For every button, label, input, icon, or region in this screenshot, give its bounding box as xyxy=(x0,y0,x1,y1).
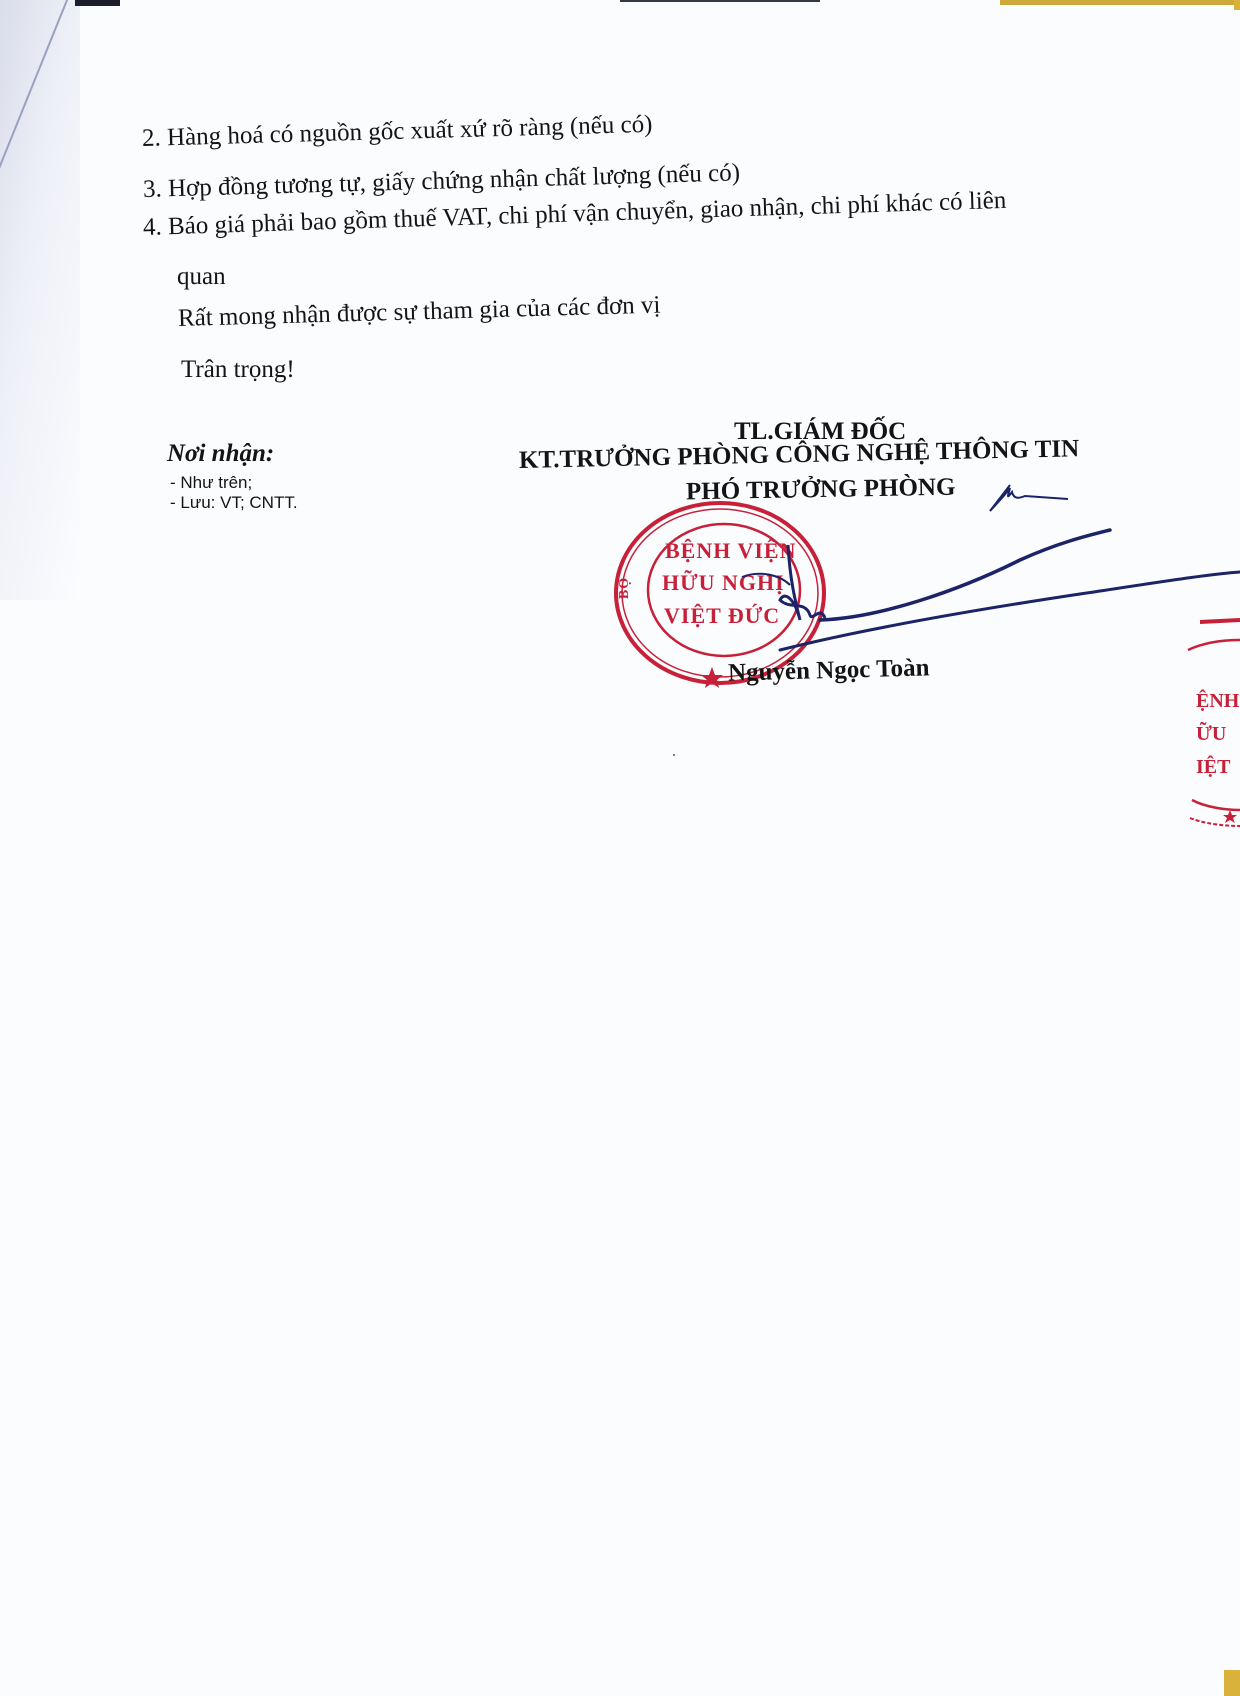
edge-stamp: ỆNH ỮU IỆT xyxy=(1180,610,1240,830)
handwritten-signature-icon xyxy=(0,0,1240,1696)
edge-stamp-text: ỆNH xyxy=(1196,690,1239,713)
edge-stamp-text: ỮU xyxy=(1196,723,1226,746)
edge-stamp-text: IỆT xyxy=(1196,756,1230,779)
edge-stamp-arc-icon xyxy=(1180,610,1240,830)
signer-name: Nguyễn Ngọc Toàn xyxy=(728,654,930,687)
speck xyxy=(673,754,675,756)
